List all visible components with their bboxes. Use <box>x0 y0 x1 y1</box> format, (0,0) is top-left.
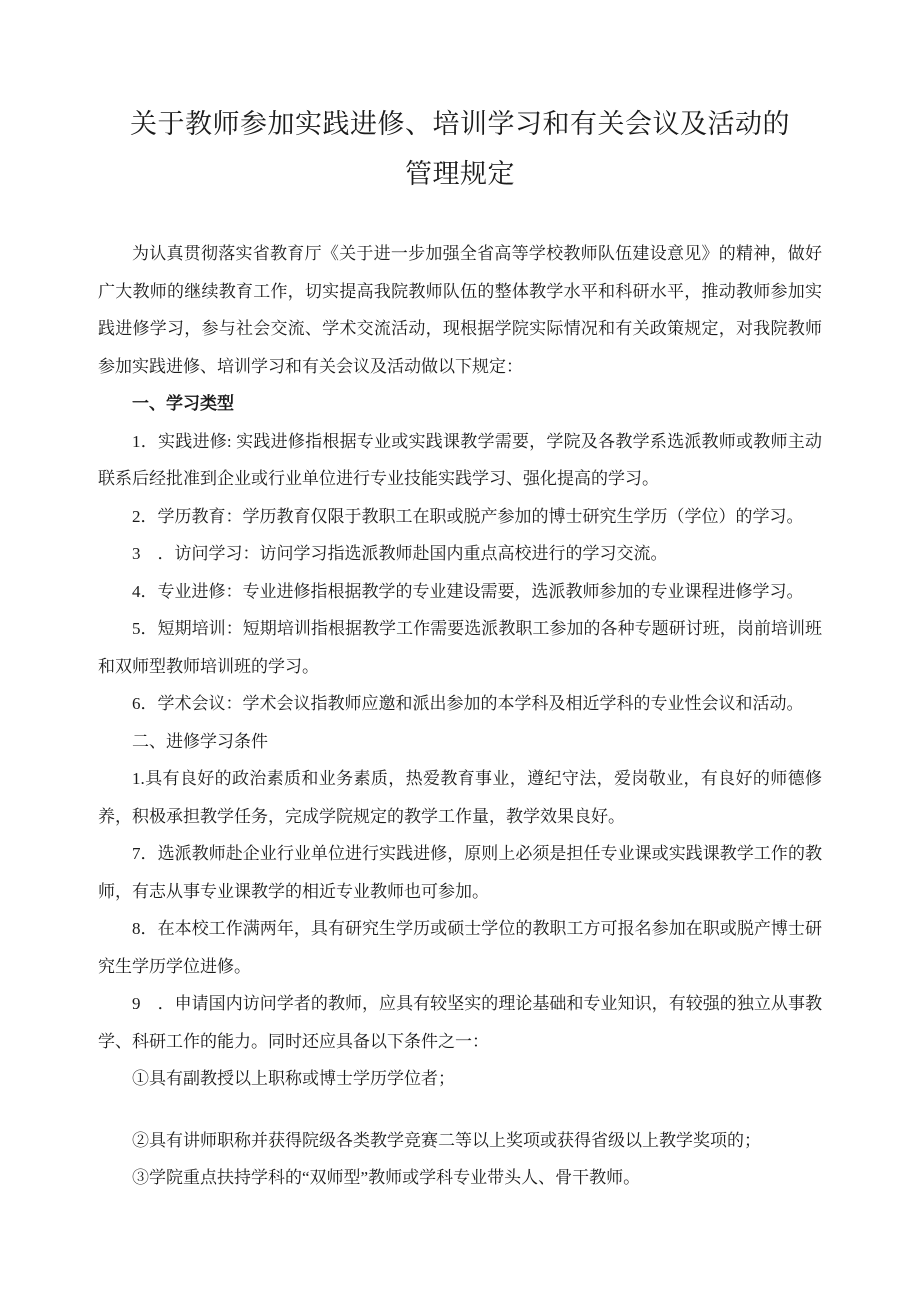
document-page: 关于教师参加实践进修、培训学习和有关会议及活动的 管理规定 为认真贯彻落实省教育… <box>0 0 920 1301</box>
intro-paragraph: 为认真贯彻落实省教育厅《关于进一步加强全省高等学校教师队伍建设意见》的精神，做好… <box>98 235 822 385</box>
section-1-item-4: 4．专业进修：专业进修指根据教学的专业建设需要，选派教师参加的专业课程进修学习。 <box>98 573 822 611</box>
section-1-item-5: 5．短期培训：短期培训指根据教学工作需要选派教职工参加的各种专题研讨班，岗前培训… <box>98 610 822 685</box>
condition-1: ①具有副教授以上职称或博士学历学位者； <box>98 1060 822 1098</box>
section-2-heading: 二、进修学习条件 <box>98 723 822 761</box>
section-1-heading: 一、学习类型 <box>98 385 822 423</box>
section-2-item-1: 1.具有良好的政治素质和业务素质，热爱教育事业，遵纪守法，爱岗敬业，有良好的师德… <box>98 760 822 835</box>
section-1-item-6: 6．学术会议：学术会议指教师应邀和派出参加的本学科及相近学科的专业性会议和活动。 <box>98 685 822 723</box>
section-1-item-1: 1．实践进修: 实践进修指根据专业或实践课教学需要，学院及各教学系选派教师或教师… <box>98 423 822 498</box>
section-1-item-2: 2．学历教育：学历教育仅限于教职工在职或脱产参加的博士研究生学历（学位）的学习。 <box>98 498 822 536</box>
section-2-item-7: 7．选派教师赴企业行业单位进行实践进修，原则上必须是担任专业课或实践课教学工作的… <box>98 835 822 910</box>
section-2-item-9: 9 ．申请国内访问学者的教师，应具有较坚实的理论基础和专业知识，有较强的独立从事… <box>98 985 822 1060</box>
condition-3: ③学院重点扶持学科的“双师型”教师或学科专业带头人、骨干教师。 <box>98 1159 822 1197</box>
section-2-item-8: 8．在本校工作满两年，具有研究生学历或硕士学位的教职工方可报名参加在职或脱产博士… <box>98 910 822 985</box>
document-title: 关于教师参加实践进修、培训学习和有关会议及活动的 管理规定 <box>98 99 822 199</box>
section-1-item-3: 3 ．访问学习：访问学习指选派教师赴国内重点高校进行的学习交流。 <box>98 535 822 573</box>
document-title-line-2: 管理规定 <box>98 149 822 199</box>
document-title-line-1: 关于教师参加实践进修、培训学习和有关会议及活动的 <box>98 99 822 149</box>
condition-2: ②具有讲师职称并获得院级各类教学竞赛二等以上奖项或获得省级以上教学奖项的； <box>98 1122 822 1160</box>
